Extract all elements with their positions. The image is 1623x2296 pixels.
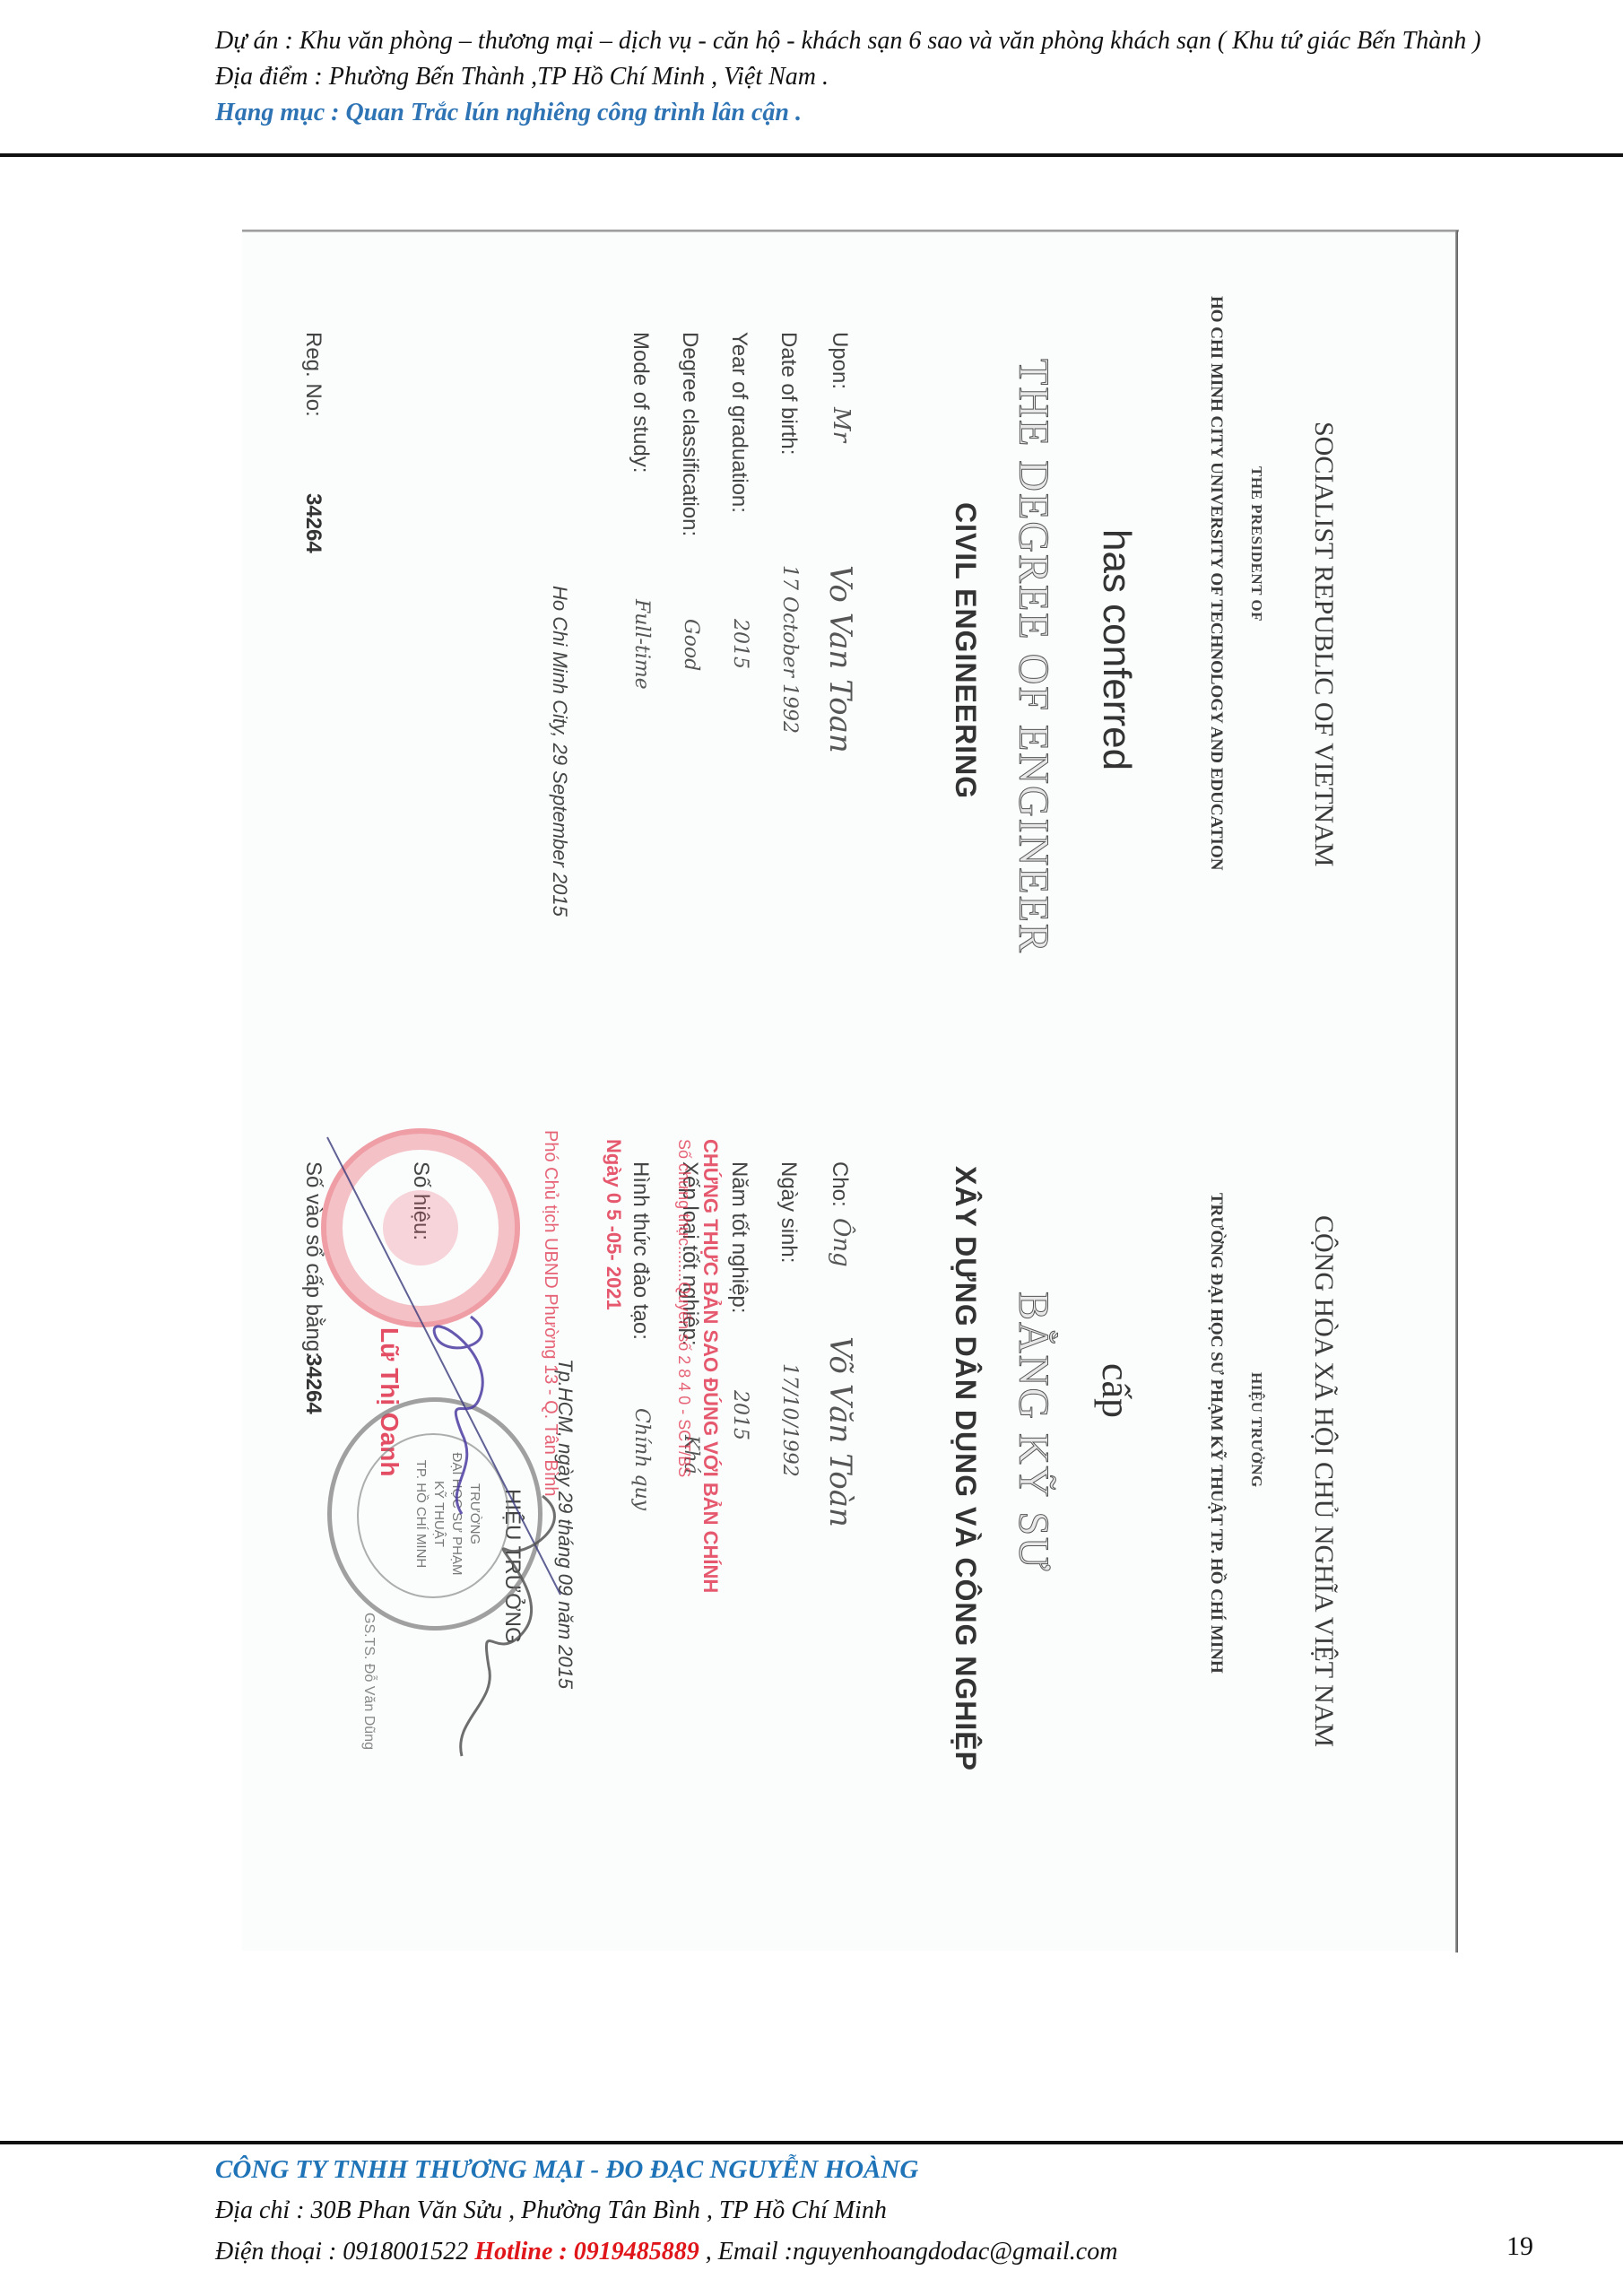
vi-dob-value: 17/10/1992 — [778, 1363, 801, 1477]
vi-for-title: Ông — [828, 1218, 855, 1267]
header-divider — [0, 153, 1623, 157]
vi-year-value: 2015 — [729, 1390, 751, 1440]
en-upon-label: Upon: — [827, 332, 852, 389]
page-footer: CÔNG TY TNHH THƯƠNG MẠI - ĐO ĐẠC NGUYỄN … — [215, 2149, 1596, 2273]
en-dob-label: Date of birth: — [776, 332, 801, 455]
footer-divider — [0, 2141, 1623, 2144]
en-mode-value: Full-time — [630, 599, 653, 690]
contact-line: Điện thoại : 0918001522 Hotline : 091948… — [215, 2231, 1596, 2273]
en-major: CIVIL ENGINEERING — [949, 502, 982, 799]
certification-date: Ngày 0 5 -05- 2021 — [602, 1139, 625, 1310]
en-dob-value: 17 October 1992 — [778, 565, 801, 734]
vi-mode-label: Hình thức đào tạo: — [628, 1161, 653, 1340]
en-upon-name: Vo Van Toan — [822, 565, 858, 753]
signature-strokes-icon — [300, 1128, 596, 1810]
location-line: Địa điểm : Phường Bến Thành ,TP Hồ Chí M… — [215, 59, 1596, 95]
en-nation: SOCIALIST REPUBLIC OF VIETNAM — [1308, 422, 1339, 866]
email-text: , Email :nguyenhoangdodac@gmail.com — [699, 2238, 1118, 2266]
page-number: 19 — [1506, 2229, 1533, 2265]
vi-nation: CỘNG HÒA XÃ HỘI CHỦ NGHĨA VIỆT NAM — [1308, 1215, 1339, 1747]
certification-number: Số chứng thực........Quyển số 2 8 4 0 - … — [674, 1139, 693, 1477]
certification-title: CHỨNG THỰC BẢN SAO ĐÚNG VỚI BẢN CHÍNH — [699, 1139, 722, 1593]
en-reg-label: Reg. No: — [300, 332, 325, 417]
vi-year-label: Năm tốt nghiệp: — [726, 1161, 751, 1313]
en-year-value: 2015 — [729, 619, 751, 669]
vi-for-name: Võ Văn Toàn — [822, 1336, 858, 1527]
en-university: HO CHI MINH CITY UNIVERSITY OF TECHNOLOG… — [1206, 296, 1226, 870]
hotline-text: Hotline : 0919485889 — [474, 2238, 699, 2266]
category-line: Hạng mục : Quan Trắc lún nghiêng công tr… — [215, 95, 1596, 131]
en-class-value: Good — [680, 619, 702, 671]
en-class-label: Degree classification: — [677, 332, 702, 536]
en-place-date: Ho Chi Minh City, 29 September 2015 — [548, 586, 571, 917]
certificate-rotated: SOCIALIST REPUBLIC OF VIETNAM THE PRESID… — [242, 231, 1457, 1951]
en-degree: THE DEGREE OF ENGINEER — [1009, 359, 1058, 954]
vi-dob-label: Ngày sinh: — [776, 1161, 801, 1263]
vi-rector: HIỆU TRƯỞNG — [1247, 1372, 1265, 1488]
en-has-conferred: has conferred — [1094, 529, 1139, 770]
vi-degree: BẰNG KỸ SƯ — [1009, 1291, 1058, 1572]
company-address: Địa chỉ : 30B Phan Văn Sửu , Phường Tân … — [215, 2190, 1596, 2231]
en-reg-number: 34264 — [300, 493, 325, 553]
en-president-of: THE PRESIDENT OF — [1247, 466, 1265, 622]
phone-text: Điện thoại : 0918001522 — [215, 2238, 474, 2266]
vi-for-label: Cho: — [827, 1161, 852, 1207]
vi-university: TRƯỜNG ĐẠI HỌC SƯ PHẠM KỸ THUẬT TP. HỒ C… — [1206, 1193, 1226, 1674]
en-year-label: Year of graduation: — [726, 332, 751, 513]
vi-major: XÂY DỰNG DÂN DỤNG VÀ CÔNG NGHIỆP — [949, 1166, 982, 1771]
vi-grants: cấp — [1093, 1363, 1139, 1418]
company-name: CÔNG TY TNHH THƯƠNG MẠI - ĐO ĐẠC NGUYỄN … — [215, 2149, 1596, 2190]
en-mode-label: Mode of study: — [628, 332, 653, 473]
en-upon-title: Mr — [828, 407, 855, 442]
vi-mode-value: Chính quy — [630, 1408, 653, 1510]
page-header: Dự án : Khu văn phòng – thương mại – dịc… — [215, 23, 1596, 131]
project-line: Dự án : Khu văn phòng – thương mại – dịc… — [215, 23, 1596, 59]
